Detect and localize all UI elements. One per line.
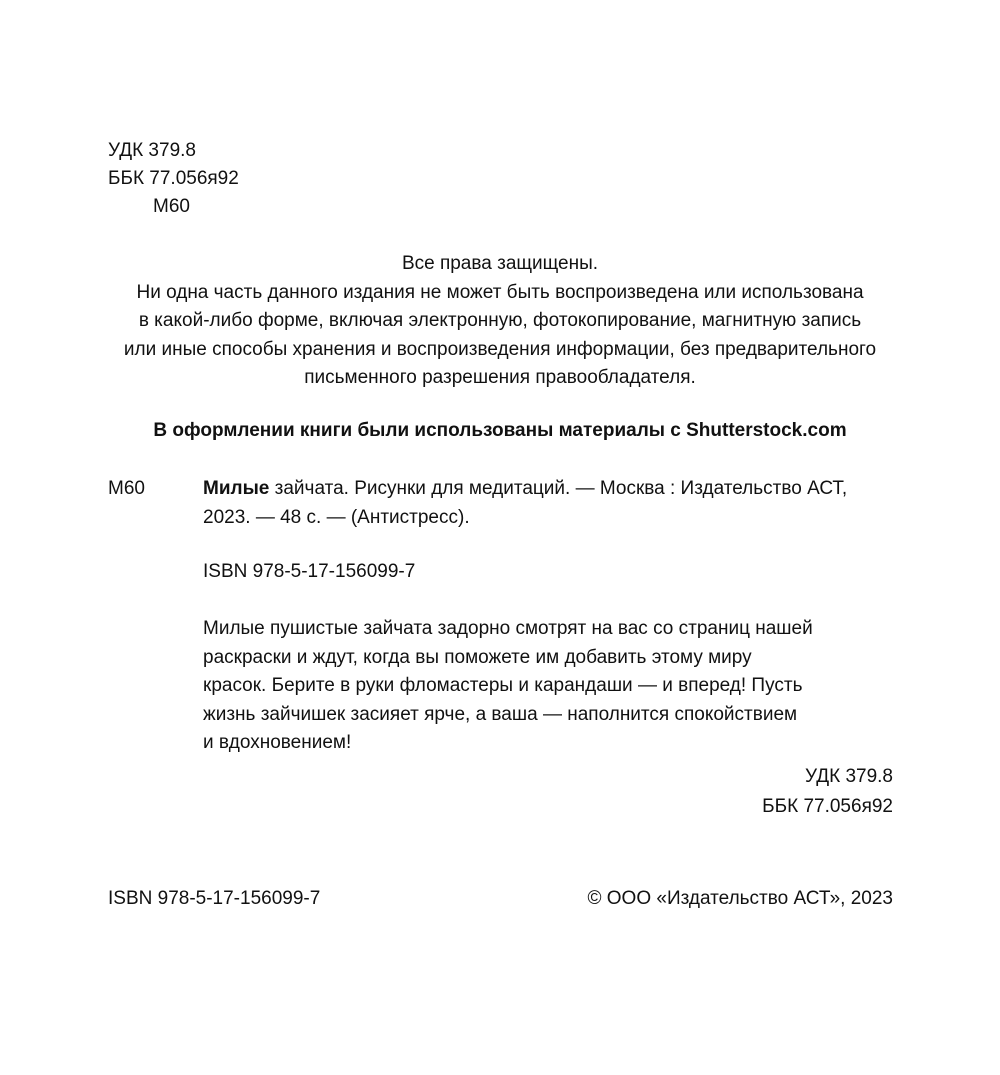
annotation: Милые пушистые зайчата задорно смотрят н… xyxy=(203,615,813,758)
rights-line: письменного разрешения правообладателя. xyxy=(0,364,1000,393)
bbk-code: ББК 77.056я92 xyxy=(762,792,893,822)
classification-codes-header: УДК 379.8 ББК 77.056я92 М60 xyxy=(108,137,239,221)
entry-line-2: 2023. — 48 с. — (Антистресс). xyxy=(203,504,847,533)
rights-line: Все права защищены. xyxy=(0,250,1000,279)
author-sign: М60 xyxy=(108,193,239,221)
rights-line: Ни одна часть данного издания не может б… xyxy=(0,279,1000,308)
bbk-code: ББК 77.056я92 xyxy=(108,165,239,193)
udk-code: УДК 379.8 xyxy=(762,762,893,792)
image-credits: В оформлении книги были использованы мат… xyxy=(0,417,1000,445)
annotation-line: и вдохновением! xyxy=(203,729,813,758)
entry-author-sign: М60 xyxy=(108,475,145,503)
footer-isbn: ISBN 978-5-17-156099-7 xyxy=(108,885,320,913)
entry-title-rest: зайчата. Рисунки для медитаций. — Москва… xyxy=(269,478,847,499)
udk-code: УДК 379.8 xyxy=(108,137,239,165)
entry-line-1: Милые зайчата. Рисунки для медитаций. — … xyxy=(203,475,847,504)
rights-line: в какой-либо форме, включая электронную,… xyxy=(0,307,1000,336)
entry-isbn: ISBN 978-5-17-156099-7 xyxy=(203,558,415,586)
annotation-line: раскраски и ждут, когда вы поможете им д… xyxy=(203,644,813,673)
copyright: © ООО «Издательство АСТ», 2023 xyxy=(588,885,894,913)
entry-title-bold: Милые xyxy=(203,478,269,499)
annotation-line: Милые пушистые зайчата задорно смотрят н… xyxy=(203,615,813,644)
classification-codes-entry: УДК 379.8 ББК 77.056я92 xyxy=(762,762,893,822)
annotation-line: жизнь зайчишек засияет ярче, а ваша — на… xyxy=(203,701,813,730)
catalog-entry: Милые зайчата. Рисунки для медитаций. — … xyxy=(203,475,847,532)
annotation-line: красок. Берите в руки фломастеры и каран… xyxy=(203,672,813,701)
rights-notice: Все права защищены. Ни одна часть данног… xyxy=(0,250,1000,393)
rights-line: или иные способы хранения и воспроизведе… xyxy=(0,336,1000,365)
